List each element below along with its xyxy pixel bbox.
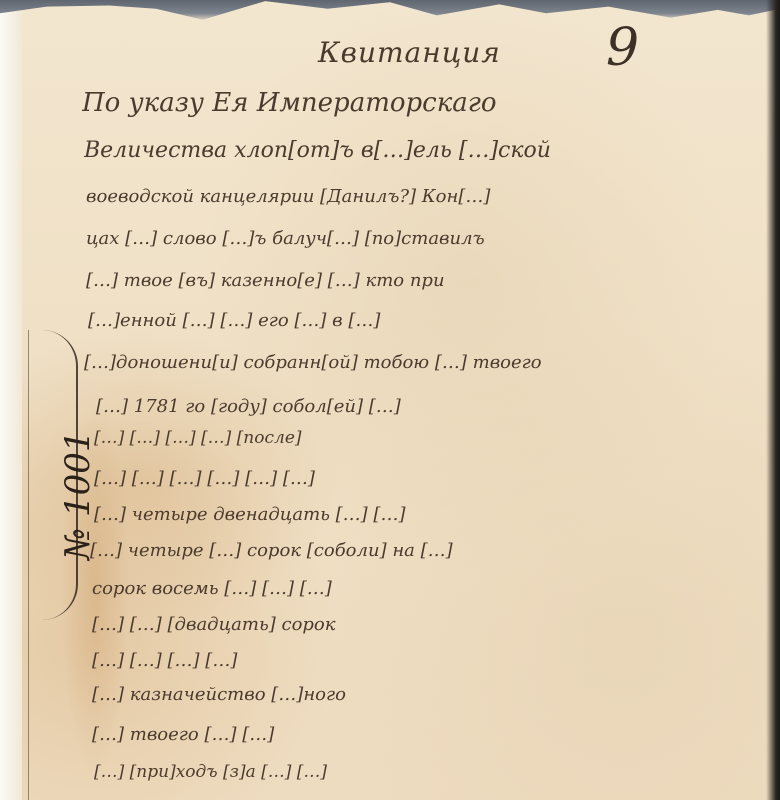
manuscript-line: […] 1781 го [году] собол[ей] […] — [96, 396, 780, 417]
manuscript-line: […] четыре […] сорок [соболи] на […] — [90, 540, 780, 561]
manuscript-line: […] четыре двенадцать […] […] — [94, 504, 780, 525]
manuscript-line: […]доношени[и] собранн[ой] тобою […] тво… — [84, 352, 774, 373]
manuscript-line: […] казначейство […]ного — [92, 684, 780, 705]
manuscript-line: […]енной […] […] его […] в […] — [88, 310, 778, 331]
title-page-mark: 9 — [606, 18, 639, 78]
manuscript-line: […] […] [двадцать] сорок — [92, 614, 780, 635]
margin-rule — [28, 330, 29, 800]
margin-archive-number: № 1001 — [58, 420, 98, 560]
paper-left-edge — [0, 0, 22, 800]
manuscript-line: […] твоего […] […] — [92, 724, 780, 745]
manuscript-line: […] […] […] […] — [92, 650, 780, 671]
manuscript-line: Величества хлоп[от]ъ в[…]ель […]ской — [84, 138, 774, 163]
manuscript-line: цах […] слово […]ъ балуч[…] [по]ставилъ — [86, 228, 776, 249]
manuscript-line: сорок восемь […] […] […] — [92, 578, 780, 599]
manuscript-line: воеводской канцелярии [Данилъ?] Кон[…] — [86, 186, 776, 207]
manuscript-line: […] […] […] […] [после] — [94, 428, 780, 448]
manuscript-line: […] твое [въ] казенно[е] […] кто при — [86, 270, 776, 291]
manuscript-line: По указу Ея Императорскаго — [82, 88, 772, 118]
manuscript-line: […] […] […] […] […] […] — [94, 468, 780, 489]
document-title: Квитанция — [318, 36, 501, 69]
bottom-background — [0, 800, 780, 809]
manuscript-line: […] [при]ходъ [з]а […] […] — [94, 762, 780, 782]
